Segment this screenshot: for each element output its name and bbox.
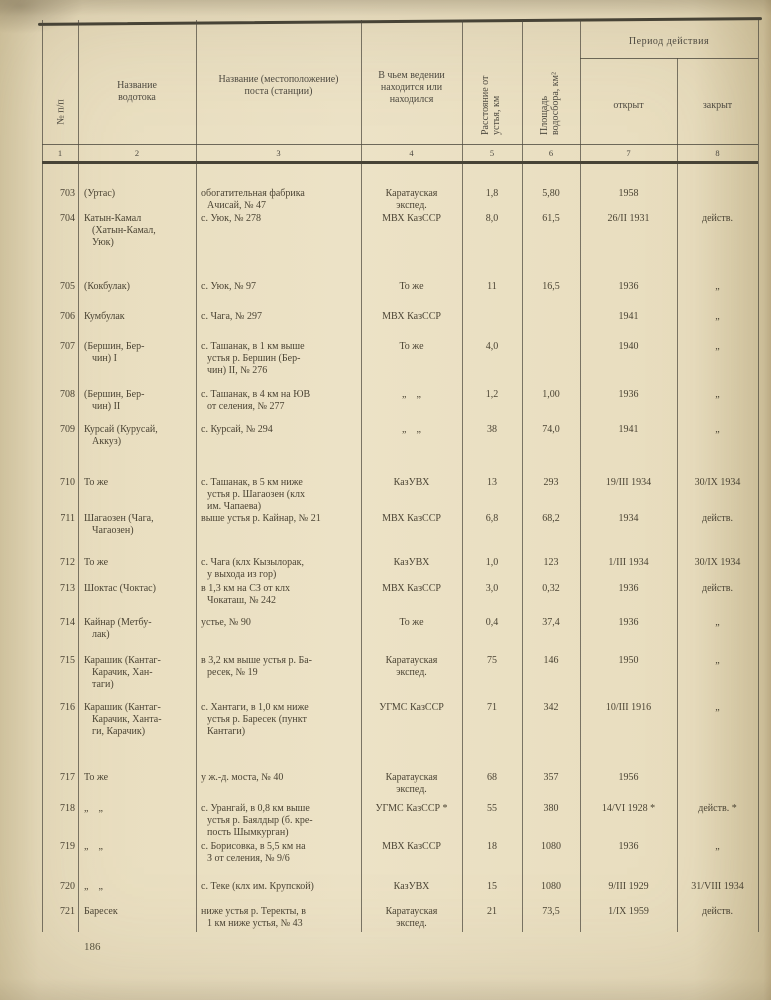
cell-distance: 1,2 [462, 389, 522, 401]
cell-area: 357 [522, 772, 580, 784]
cell-post: с. Ташанак, в 1 км выше устья р. Бершин … [196, 341, 361, 377]
column-number: 6 [522, 147, 580, 159]
cell-num: 714 [42, 617, 78, 629]
hydrological-posts-table: Период действия открыт закрыт Название в… [42, 20, 758, 960]
cell-opened: 1941 [580, 311, 677, 323]
table-row: 713Шоктас (Чоктас)в 1,3 км на СЗ от клх … [42, 583, 758, 607]
cell-closed: 30/IX 1934 [677, 477, 758, 489]
cell-opened: 26/II 1931 [580, 213, 677, 225]
table-row: 712То жес. Чага (клх Кызылорак, у выхода… [42, 557, 758, 581]
cell-distance: 8,0 [462, 213, 522, 225]
cell-agency: Каратауская экспед. [361, 188, 462, 212]
column-number: 8 [677, 147, 758, 159]
cell-opened: 1936 [580, 281, 677, 293]
cell-agency: То же [361, 617, 462, 629]
period-group-underline [580, 58, 758, 59]
cell-closed: 31/VIII 1934 [677, 881, 758, 893]
cell-area: 380 [522, 803, 580, 815]
cell-post: обогатительная фабрика Ачисай, № 47 [196, 188, 361, 212]
cell-num: 704 [42, 213, 78, 225]
cell-post: в 1,3 км на СЗ от клх Чокаташ, № 242 [196, 583, 361, 607]
column-number: 7 [580, 147, 677, 159]
cell-closed: „ [677, 617, 758, 629]
cell-distance: 55 [462, 803, 522, 815]
column-number-row: 1 2 3 4 5 6 7 8 [42, 147, 758, 159]
scanned-document-page: Период действия открыт закрыт Название в… [0, 0, 771, 1000]
cell-closed: действ. [677, 513, 758, 525]
cell-opened: 9/III 1929 [580, 881, 677, 893]
cell-name: (Уртас) [78, 188, 196, 200]
cell-num: 720 [42, 881, 78, 893]
cell-area: 1080 [522, 841, 580, 853]
cell-name: (Бершин, Бер- чин) I [78, 341, 196, 365]
cell-num: 719 [42, 841, 78, 853]
cell-opened: 1941 [580, 424, 677, 436]
cell-agency: КазУВХ [361, 881, 462, 893]
cell-opened: 1936 [580, 583, 677, 595]
cell-opened: 1936 [580, 617, 677, 629]
cell-closed: „ [677, 424, 758, 436]
cell-distance: 38 [462, 424, 522, 436]
cell-num: 716 [42, 702, 78, 714]
cell-opened: 1956 [580, 772, 677, 784]
cell-name: Катын-Камал (Хатын-Камал, Уюк) [78, 213, 196, 249]
table-row: 710То жес. Ташанак, в 5 км ниже устья р.… [42, 477, 758, 513]
cell-name: Курсай (Курусай, Аккуз) [78, 424, 196, 448]
cell-num: 711 [42, 513, 78, 525]
cell-distance: 3,0 [462, 583, 522, 595]
table-row: 717То жеу ж.-д. моста, № 40Каратауская э… [42, 772, 758, 796]
cell-area: 123 [522, 557, 580, 569]
cell-opened: 19/III 1934 [580, 477, 677, 489]
table-top-rule [38, 17, 762, 26]
cell-closed: действ. [677, 583, 758, 595]
cell-post: устье, № 90 [196, 617, 361, 629]
header-opened: открыт [580, 100, 677, 112]
cell-distance: 6,8 [462, 513, 522, 525]
cell-name: Кумбулак [78, 311, 196, 323]
cell-distance: 1,8 [462, 188, 522, 200]
cell-post: с. Урангай, в 0,8 км выше устья р. Баялд… [196, 803, 361, 839]
table-row: 704Катын-Камал (Хатын-Камал, Уюк)с. Уюк,… [42, 213, 758, 249]
cell-num: 712 [42, 557, 78, 569]
cell-name: Карашик (Кантаг- Карачик, Ханта- ги, Кар… [78, 702, 196, 738]
cell-num: 705 [42, 281, 78, 293]
cell-name: „ „ [78, 841, 196, 853]
cell-agency: МВХ КазССР [361, 513, 462, 525]
table-row: 721Баресекниже устья р. Теректы, в 1 км … [42, 906, 758, 930]
table-row: 716Карашик (Кантаг- Карачик, Ханта- ги, … [42, 702, 758, 738]
cell-closed: „ [677, 841, 758, 853]
cell-post: с. Хантаги, в 1,0 км ниже устья р. Барес… [196, 702, 361, 738]
cell-num: 708 [42, 389, 78, 401]
cell-name: „ „ [78, 803, 196, 815]
cell-distance: 18 [462, 841, 522, 853]
table-row: 715Карашик (Кантаг- Карачик, Хан- таги)в… [42, 655, 758, 691]
header-row-number: № п/п [56, 99, 67, 125]
cell-opened: 14/VI 1928 * [580, 803, 677, 815]
cell-num: 717 [42, 772, 78, 784]
cell-area: 1,00 [522, 389, 580, 401]
cell-distance: 21 [462, 906, 522, 918]
column-number: 4 [361, 147, 462, 159]
cell-post: с. Ташанак, в 5 км ниже устья р. Шагаозе… [196, 477, 361, 513]
cell-post: с. Чага (клх Кызылорак, у выхода из гор) [196, 557, 361, 581]
cell-closed: „ [677, 311, 758, 323]
cell-post: в 3,2 км выше устья р. Ба- ресек, № 19 [196, 655, 361, 679]
table-row: 703(Уртас)обогатительная фабрика Ачисай,… [42, 188, 758, 212]
cell-area: 1080 [522, 881, 580, 893]
table-row: 711Шагаозен (Чага, Чагаозен)выше устья р… [42, 513, 758, 537]
cell-agency: УГМС КазССР [361, 702, 462, 714]
cell-area: 16,5 [522, 281, 580, 293]
table-row: 718„ „с. Урангай, в 0,8 км выше устья р.… [42, 803, 758, 839]
cell-agency: Каратауская экспед. [361, 655, 462, 679]
cell-post: с. Чага, № 297 [196, 311, 361, 323]
cell-distance: 4,0 [462, 341, 522, 353]
cell-num: 703 [42, 188, 78, 200]
cell-closed: действ. * [677, 803, 758, 815]
header-distance-from-mouth: Расстояние от устья, км [480, 49, 502, 135]
cell-closed: „ [677, 281, 758, 293]
cell-post: с. Борисовка, в 5,5 км на З от селения, … [196, 841, 361, 865]
header-watercourse-name: Название водотока [78, 80, 196, 104]
cell-name: Шоктас (Чоктас) [78, 583, 196, 595]
cell-name: То же [78, 557, 196, 569]
cell-distance: 0,4 [462, 617, 522, 629]
cell-opened: 1940 [580, 341, 677, 353]
cell-name: Баресек [78, 906, 196, 918]
table-row: 705(Кокбулак)с. Уюк, № 97То же1116,51936… [42, 281, 758, 293]
column-numbers-rule [42, 161, 758, 164]
cell-agency: „ „ [361, 389, 462, 401]
cell-area: 5,80 [522, 188, 580, 200]
header-bottom-rule [42, 144, 758, 145]
column-number: 2 [78, 147, 196, 159]
cell-post: с. Теке (клх им. Крупской) [196, 881, 361, 893]
cell-name: „ „ [78, 881, 196, 893]
cell-area: 146 [522, 655, 580, 667]
cell-area: 74,0 [522, 424, 580, 436]
table-row: 708(Бершин, Бер- чин) IIс. Ташанак, в 4 … [42, 389, 758, 413]
cell-num: 718 [42, 803, 78, 815]
cell-area: 68,2 [522, 513, 580, 525]
cell-name: Кайнар (Метбу- лак) [78, 617, 196, 641]
cell-area: 73,5 [522, 906, 580, 918]
cell-post: выше устья р. Кайнар, № 21 [196, 513, 361, 525]
cell-num: 715 [42, 655, 78, 667]
cell-num: 706 [42, 311, 78, 323]
cell-closed: 30/IX 1934 [677, 557, 758, 569]
cell-post: с. Ташанак, в 4 км на ЮВ от селения, № 2… [196, 389, 361, 413]
cell-agency: То же [361, 341, 462, 353]
table-row: 707(Бершин, Бер- чин) Iс. Ташанак, в 1 к… [42, 341, 758, 377]
cell-closed: действ. [677, 213, 758, 225]
column-number: 5 [462, 147, 522, 159]
cell-post: с. Уюк, № 97 [196, 281, 361, 293]
page-number: 186 [84, 941, 101, 953]
cell-name: (Кокбулак) [78, 281, 196, 293]
cell-agency: Каратауская экспед. [361, 772, 462, 796]
cell-closed: „ [677, 655, 758, 667]
cell-distance: 15 [462, 881, 522, 893]
cell-agency: Каратауская экспед. [361, 906, 462, 930]
cell-agency: МВХ КазССР [361, 213, 462, 225]
cell-agency: МВХ КазССР [361, 311, 462, 323]
column-number: 3 [196, 147, 361, 159]
cell-area: 0,32 [522, 583, 580, 595]
cell-opened: 1958 [580, 188, 677, 200]
table-row: 706Кумбулакс. Чага, № 297МВХ КазССР1941„ [42, 311, 758, 323]
cell-closed: „ [677, 702, 758, 714]
column-number: 1 [42, 147, 78, 159]
table-body: 703(Уртас)обогатительная фабрика Ачисай,… [42, 166, 758, 930]
cell-closed: „ [677, 389, 758, 401]
cell-agency: КазУВХ [361, 557, 462, 569]
cell-num: 707 [42, 341, 78, 353]
cell-name: Карашик (Кантаг- Карачик, Хан- таги) [78, 655, 196, 691]
cell-agency: МВХ КазССР [361, 583, 462, 595]
table-row: 720„ „с. Теке (клх им. Крупской)КазУВХ15… [42, 881, 758, 893]
cell-distance: 68 [462, 772, 522, 784]
cell-num: 710 [42, 477, 78, 489]
table-row: 714Кайнар (Метбу- лак)устье, № 90То же0,… [42, 617, 758, 641]
header-catchment-area: Площадь водосбора, км² [539, 49, 561, 135]
cell-opened: 1/IX 1959 [580, 906, 677, 918]
cell-post: ниже устья р. Теректы, в 1 км ниже устья… [196, 906, 361, 930]
cell-agency: МВХ КазССР [361, 841, 462, 853]
table-vertical-rule [758, 20, 759, 932]
cell-closed: „ [677, 341, 758, 353]
cell-distance: 71 [462, 702, 522, 714]
cell-num: 721 [42, 906, 78, 918]
cell-closed: действ. [677, 906, 758, 918]
cell-opened: 1950 [580, 655, 677, 667]
cell-distance: 11 [462, 281, 522, 293]
header-post-location: Название (местоположение) поста (станции… [196, 74, 361, 98]
header-agency: В чьем ведении находится или находился [361, 70, 462, 106]
cell-distance: 13 [462, 477, 522, 489]
cell-agency: КазУВХ [361, 477, 462, 489]
cell-post: с. Уюк, № 278 [196, 213, 361, 225]
table-row: 719„ „с. Борисовка, в 5,5 км на З от сел… [42, 841, 758, 865]
cell-post: с. Курсай, № 294 [196, 424, 361, 436]
cell-agency: То же [361, 281, 462, 293]
cell-area: 293 [522, 477, 580, 489]
header-closed: закрыт [677, 100, 758, 112]
cell-agency: УГМС КазССР * [361, 803, 462, 815]
cell-name: Шагаозен (Чага, Чагаозен) [78, 513, 196, 537]
cell-area: 37,4 [522, 617, 580, 629]
cell-name: (Бершин, Бер- чин) II [78, 389, 196, 413]
header-period-group: Период действия [580, 36, 758, 48]
cell-agency: „ „ [361, 424, 462, 436]
cell-name: То же [78, 477, 196, 489]
cell-post: у ж.-д. моста, № 40 [196, 772, 361, 784]
cell-name: То же [78, 772, 196, 784]
cell-opened: 1936 [580, 841, 677, 853]
cell-distance: 75 [462, 655, 522, 667]
cell-area: 342 [522, 702, 580, 714]
cell-opened: 1936 [580, 389, 677, 401]
cell-area: 61,5 [522, 213, 580, 225]
table-row: 709Курсай (Курусай, Аккуз)с. Курсай, № 2… [42, 424, 758, 448]
cell-num: 713 [42, 583, 78, 595]
cell-opened: 1/III 1934 [580, 557, 677, 569]
cell-distance: 1,0 [462, 557, 522, 569]
cell-opened: 10/III 1916 [580, 702, 677, 714]
cell-opened: 1934 [580, 513, 677, 525]
cell-num: 709 [42, 424, 78, 436]
